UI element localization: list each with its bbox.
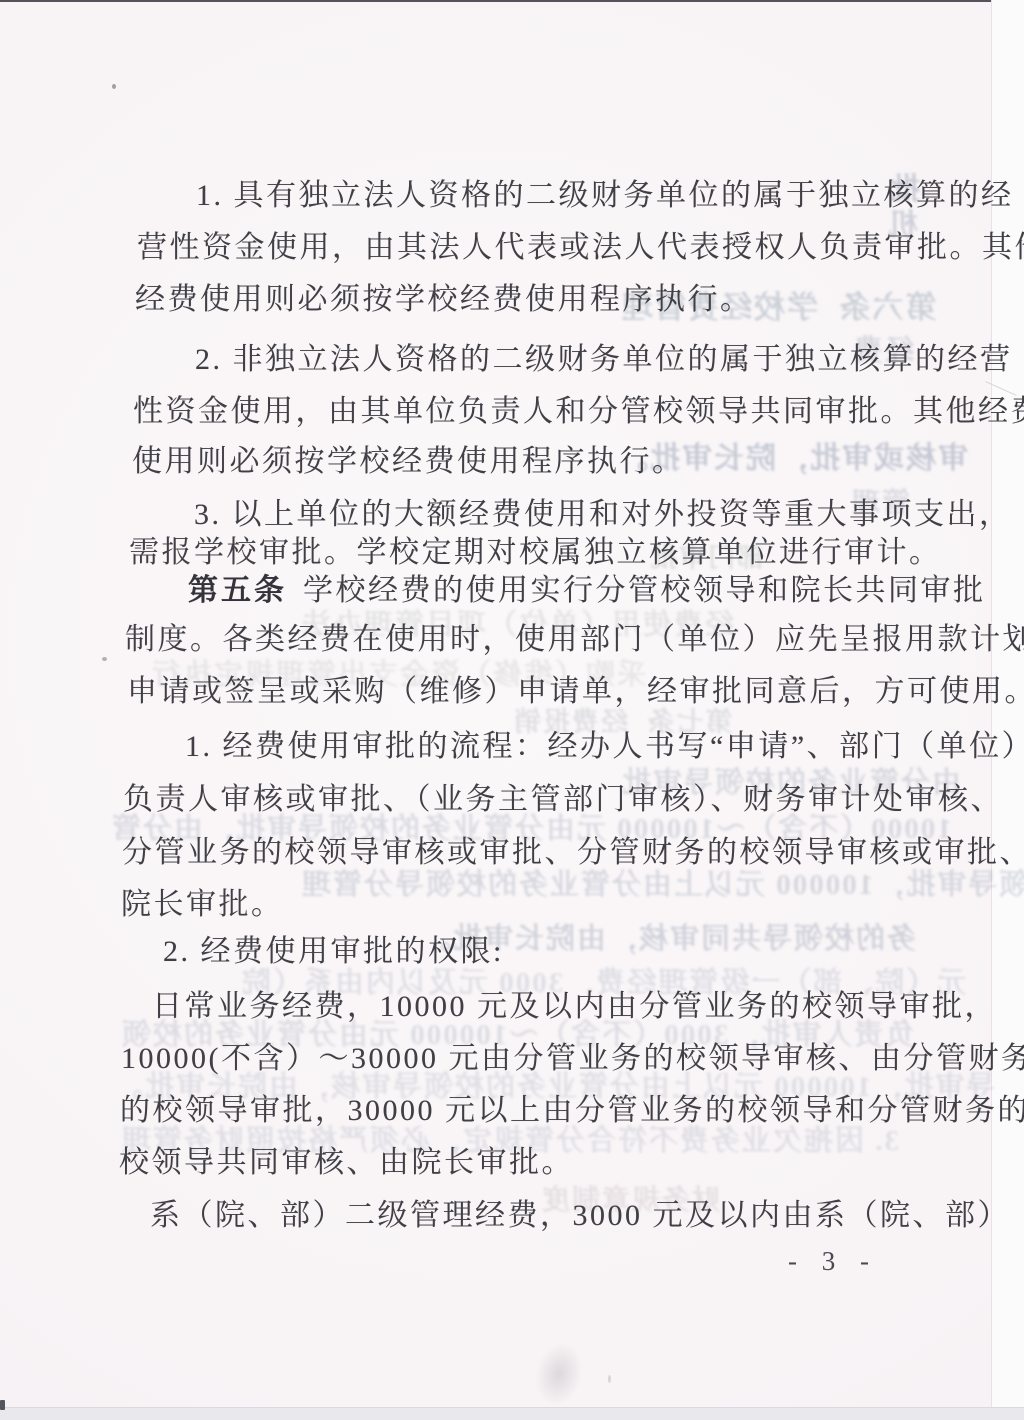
document-text-line: 1. 具有独立法人资格的二级财务单位的属于独立核算的经 bbox=[196, 170, 1014, 214]
document-text-line: 第五条学校经费的使用实行分管校领导和院长共同审批 bbox=[188, 565, 986, 609]
document-text-line: 分管业务的校领导审核或审批、分管财务的校领导审核或审批、 bbox=[122, 827, 1024, 871]
document-text-line: 院长审批。 bbox=[121, 879, 284, 923]
document-text-line: 经费使用则必须按学校经费使用程序执行。 bbox=[135, 274, 753, 318]
document-text-line: 系（院、部）二级管理经费，3000 元及以内由系（院、部） bbox=[150, 1190, 1010, 1234]
document-text-line: 2. 经费使用审批的权限: bbox=[163, 926, 504, 970]
document-text-line: 日常业务经费，10000 元及以内由分管业务的校领导审批， bbox=[152, 981, 997, 1025]
page-number: - 3 - bbox=[788, 1246, 878, 1277]
article-number-label: 第五条 bbox=[188, 574, 287, 607]
document-text-line: 的校领导审批，30000 元以上由分管业务的校领导和分管财务的 bbox=[120, 1085, 1024, 1129]
document-text-line: 使用则必须按学校经费使用程序执行。 bbox=[132, 436, 685, 480]
scan-bottom-left-mark bbox=[0, 1400, 5, 1410]
document-text-line: 10000(不含）～30000 元由分管业务的校领导审核、由分管财务 bbox=[121, 1033, 1024, 1077]
document-text-line: 负责人审核或审批、（业务主管部门审核）、财务审计处审核、 bbox=[123, 774, 1003, 818]
ink-speck bbox=[112, 84, 116, 89]
document-text-line: 1. 经费使用审批的流程：经办人书写“申请”、部门（单位） bbox=[185, 721, 1024, 765]
document-text-line: 2. 非独立法人资格的二级财务单位的属于独立核算的经营 bbox=[195, 334, 1013, 378]
scanned-document-page: 批机第六条 学校经费管理经费审核或审批，院长审批。管理部门审批经费使用（单位）项… bbox=[0, 0, 1024, 1420]
document-text-line: 制度。各类经费在使用时，使用部门（单位）应先呈报用款计划 bbox=[125, 614, 1024, 658]
document-text-line: 申请或签呈或采购（维修）申请单，经审批同意后，方可使用。 bbox=[127, 666, 1024, 710]
scan-top-edge bbox=[0, 0, 1024, 2]
document-text-line: 营性资金使用，由其法人代表或法人代表授权人负责审批。其他 bbox=[137, 222, 1024, 266]
ink-speck bbox=[608, 1375, 611, 1383]
document-text-line: 校领导共同审核、由院长审批。 bbox=[119, 1137, 574, 1181]
pencil-smudge bbox=[529, 1337, 589, 1410]
ink-speck bbox=[102, 657, 107, 661]
document-text-line: 性资金使用，由其单位负责人和分管校领导共同审批。其他经费 bbox=[133, 386, 1024, 430]
scan-bottom-edge bbox=[0, 1407, 1024, 1420]
